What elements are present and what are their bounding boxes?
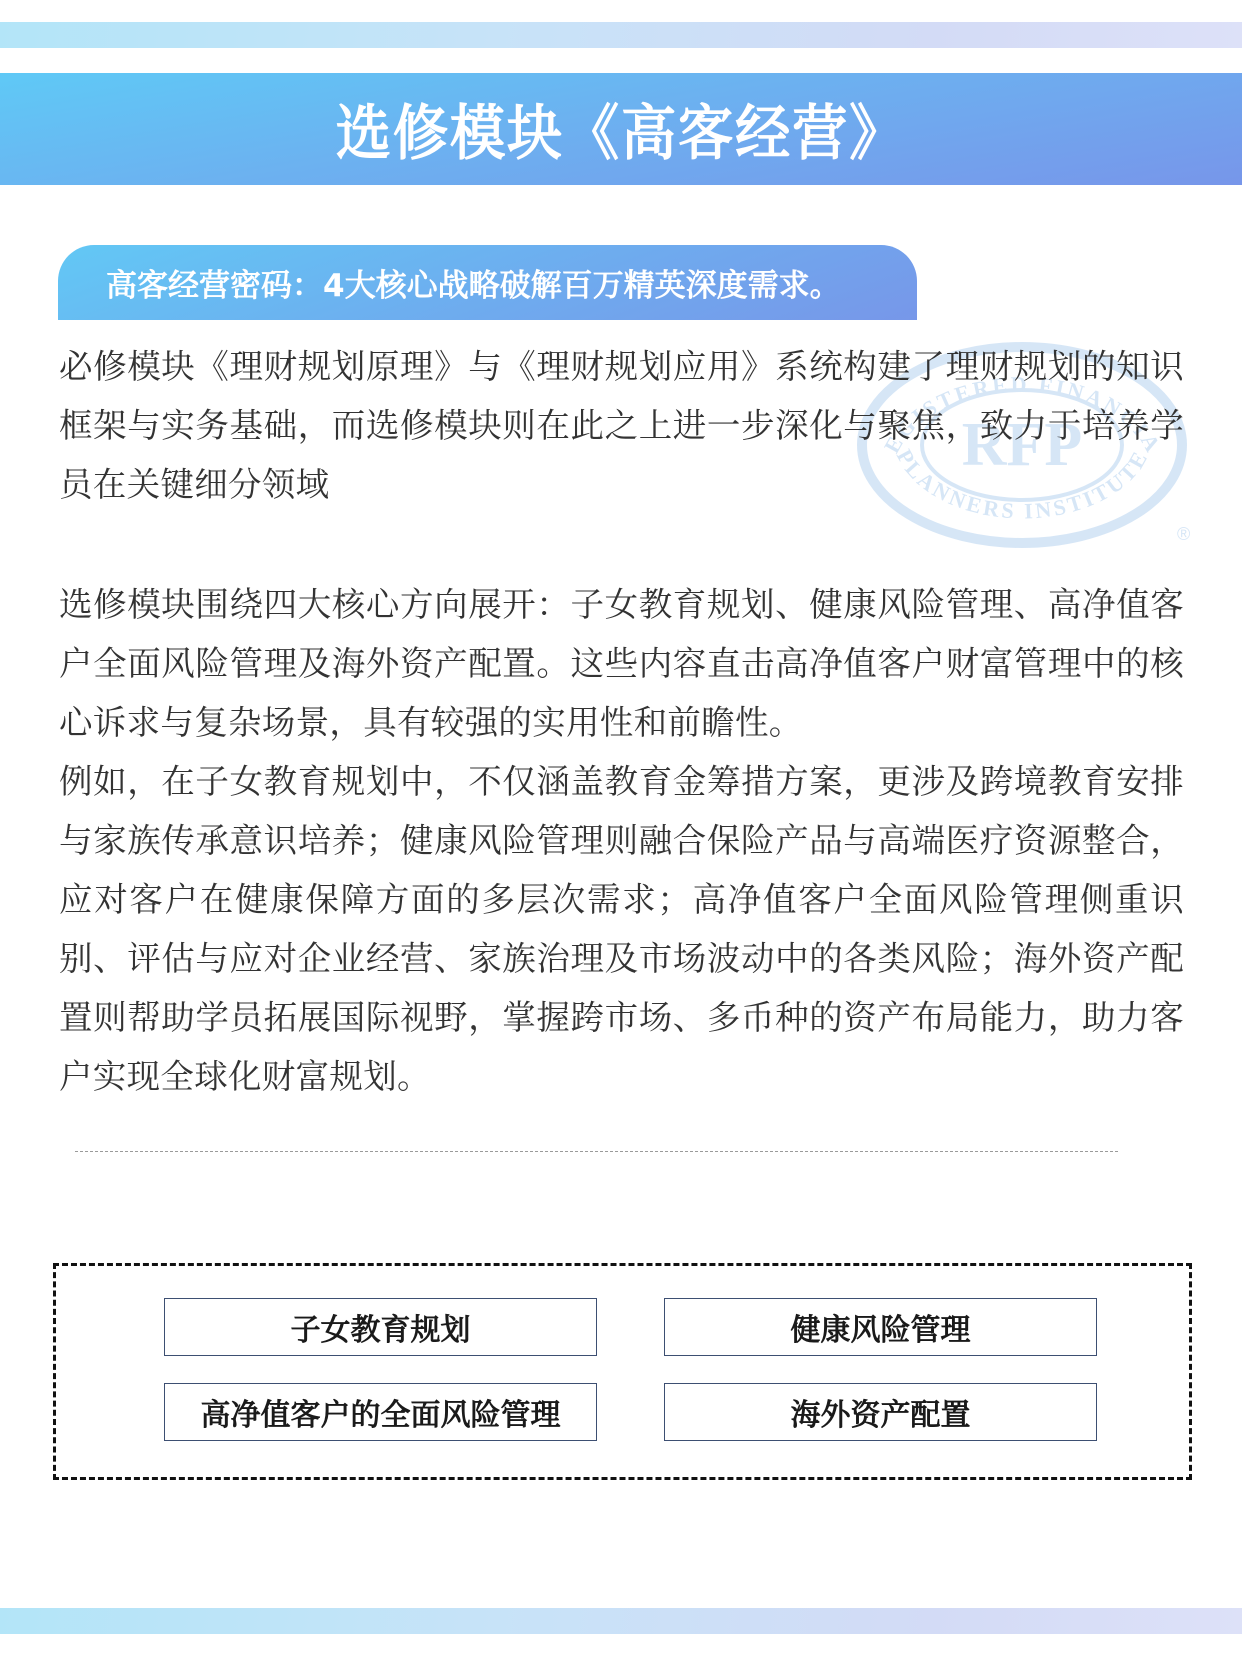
details-paragraph-block: 选修模块围绕四大核心方向展开：子女教育规划、健康风险管理、高净值客户全面风险管理…: [59, 575, 1184, 1106]
top-decorative-stripe: [0, 22, 1242, 48]
intro-paragraph-block: 必修模块《理财规划原理》与《理财规划应用》系统构建了理财规划的知识框架与实务基础…: [59, 337, 1184, 514]
examples-paragraph: 例如，在子女教育规划中，不仅涵盖教育金筹措方案，更涉及跨境教育安排与家族传承意识…: [59, 752, 1184, 1106]
intro-paragraph: 必修模块《理财规划原理》与《理财规划应用》系统构建了理财规划的知识框架与实务基础…: [59, 337, 1184, 514]
subtitle-text: 高客经营密码：4大核心战略破解百万精英深度需求。: [106, 260, 841, 305]
topic-child-education: 子女教育规划: [164, 1298, 597, 1356]
topic-health-risk: 健康风险管理: [664, 1298, 1097, 1356]
bottom-decorative-stripe: [0, 1608, 1242, 1634]
header-banner: 选修模块《高客经营》: [0, 73, 1242, 185]
topic-overseas-assets: 海外资产配置: [664, 1383, 1097, 1441]
page-title: 选修模块《高客经营》: [336, 86, 906, 172]
topic-hnw-risk-management: 高净值客户的全面风险管理: [164, 1383, 597, 1441]
dashed-divider: [75, 1151, 1118, 1152]
svg-text:®: ®: [1177, 524, 1190, 544]
topics-dashed-frame: [53, 1263, 1192, 1480]
subtitle-tab: 高客经营密码：4大核心战略破解百万精英深度需求。: [58, 245, 917, 320]
core-directions-paragraph: 选修模块围绕四大核心方向展开：子女教育规划、健康风险管理、高净值客户全面风险管理…: [59, 575, 1184, 752]
